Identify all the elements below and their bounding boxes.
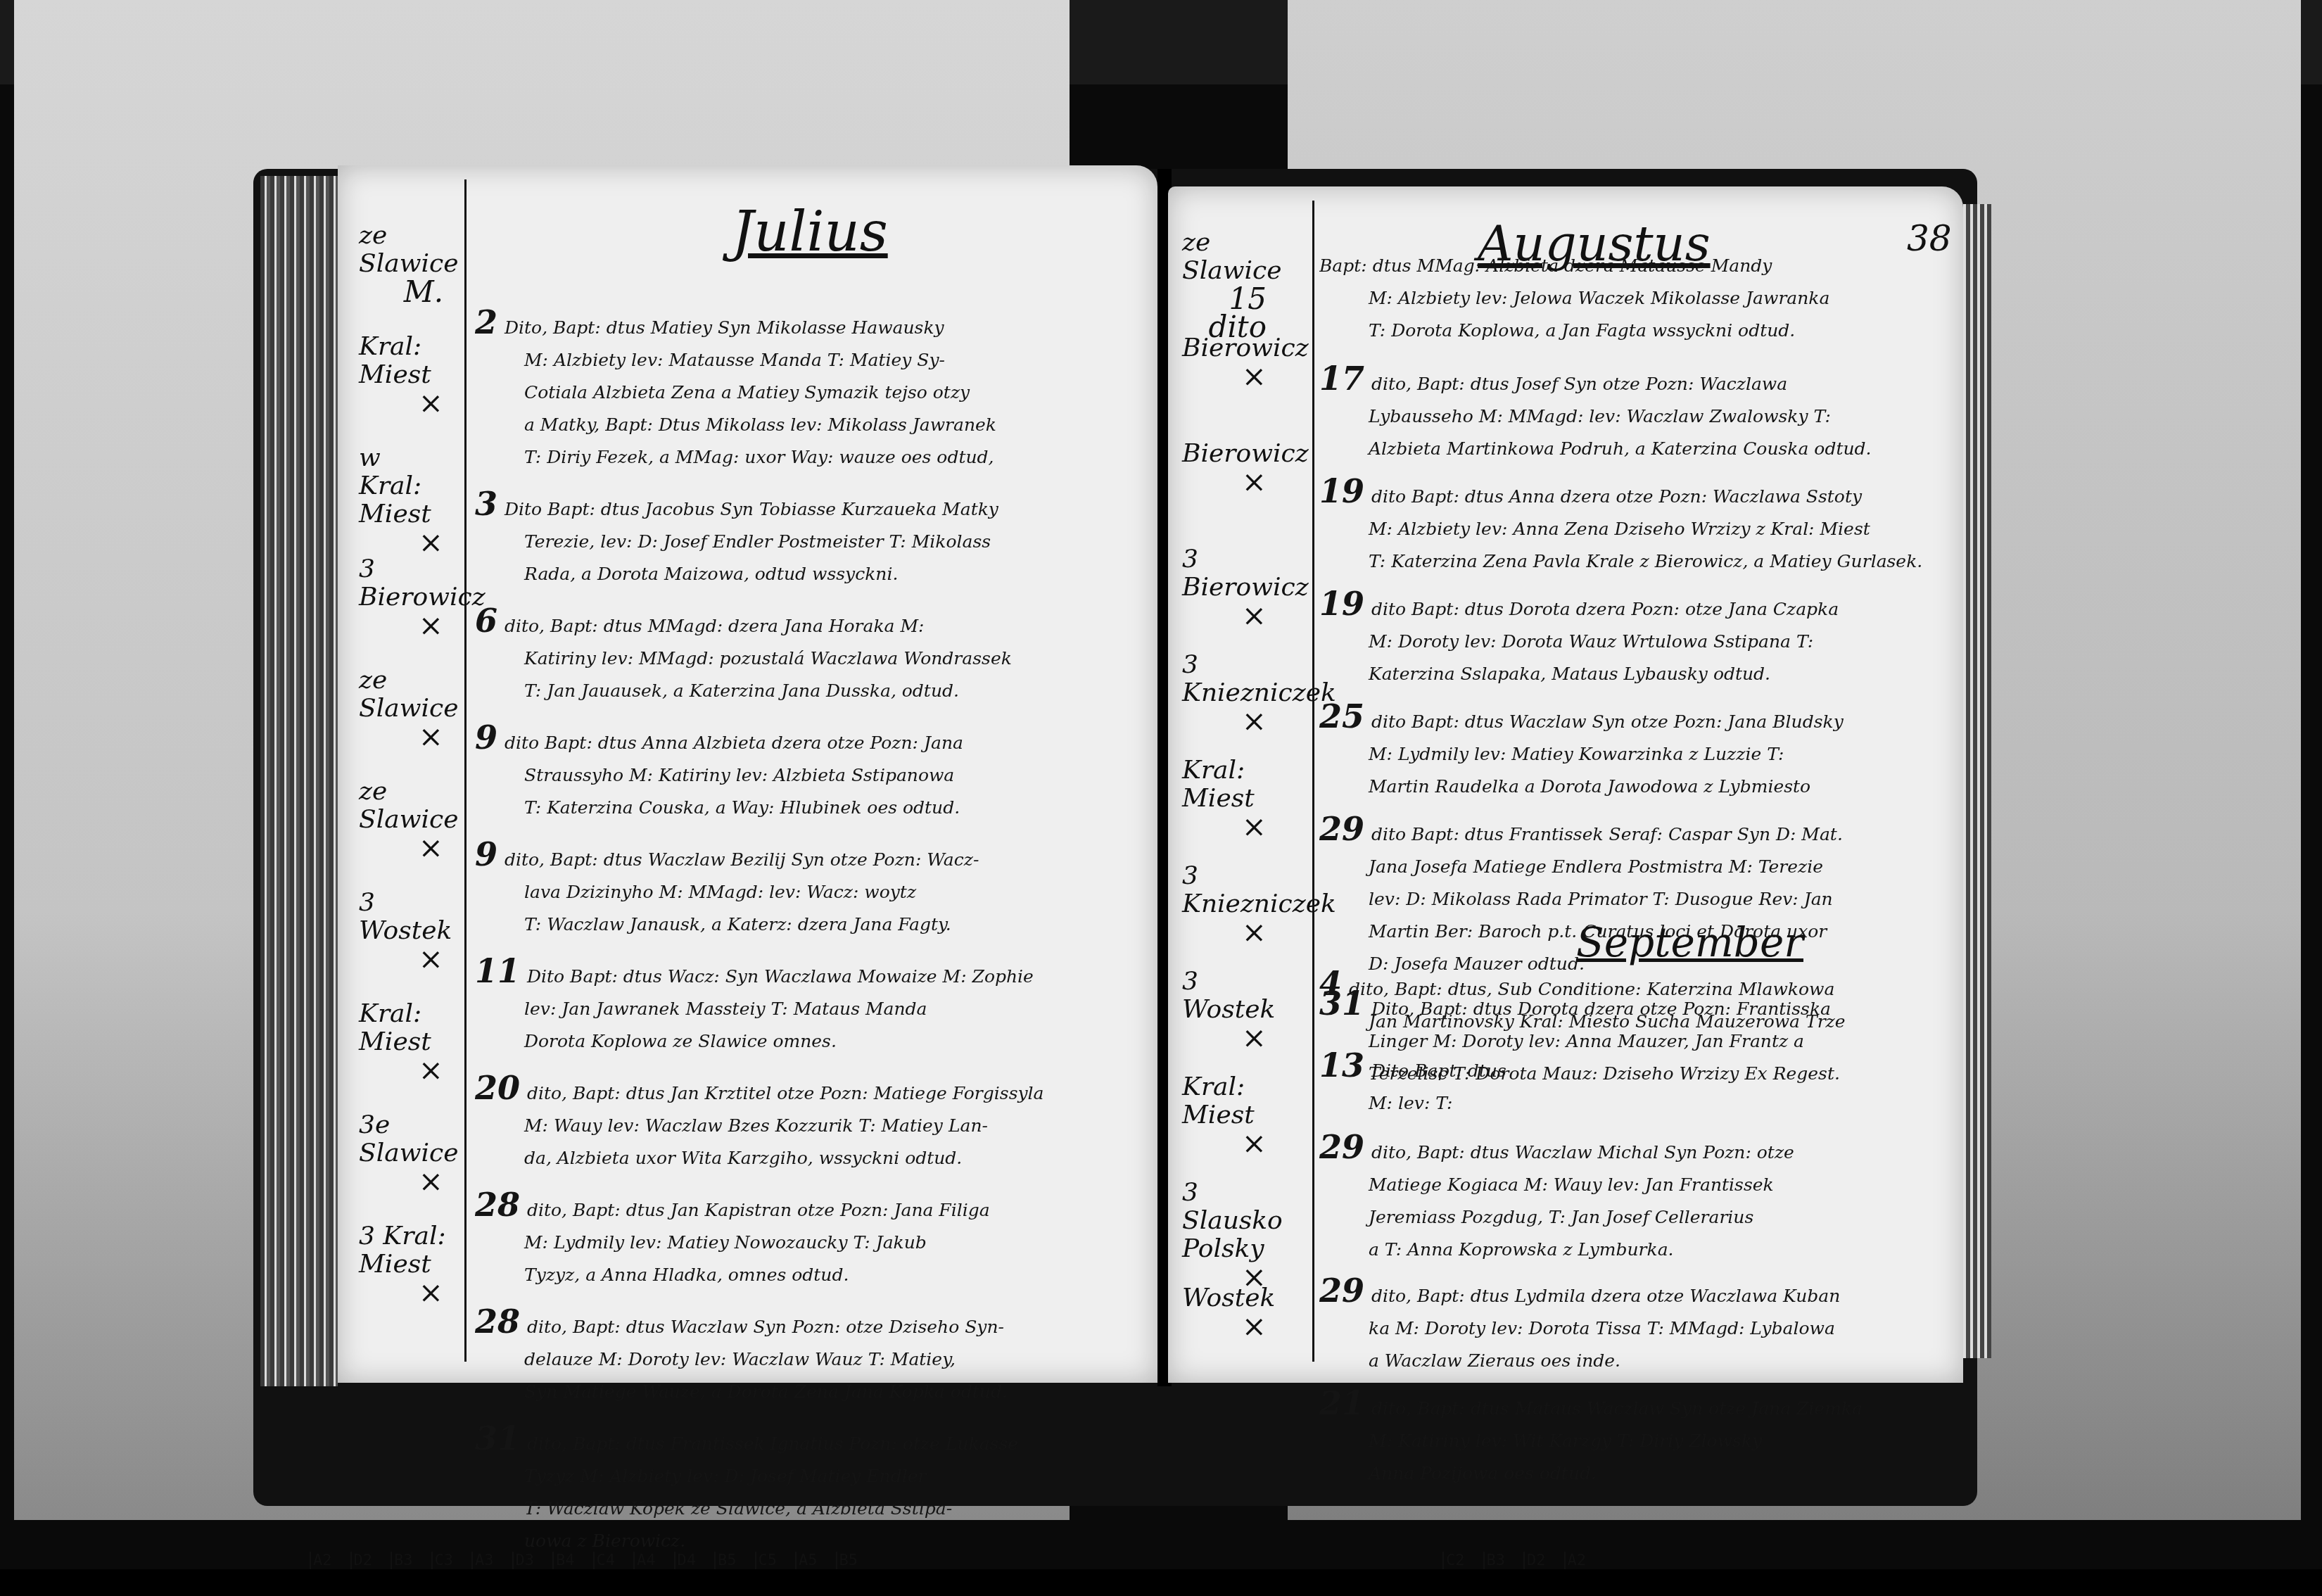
margin-place-label: ze Slawice⨯	[359, 666, 450, 751]
right-page: Augustus 38 September ze Slawice15 ditoB…	[1168, 186, 1963, 1383]
margin-mark-icon: ⨯	[1182, 813, 1274, 841]
entry-day: 4	[1319, 968, 1342, 1003]
margin-mark-icon: ⨯	[359, 1279, 450, 1307]
entry-line: da, Alzbieta uxor Wita Karzgiho, wssyckn…	[475, 1142, 1143, 1174]
margin-place-label: 3 Kniezniczek⨯	[1182, 651, 1274, 735]
register-entry: 9dito Bapt: dtus Anna Alzbieta dzera otz…	[475, 721, 1143, 824]
margin-rule	[464, 179, 467, 1362]
entry-day: 2	[475, 306, 497, 341]
entry-line: 6dito, Bapt: dtus MMagd: dzera Jana Hora…	[475, 604, 1143, 642]
entry-line: T: Diriy Fezek, a MMag: uxor Way: wauze …	[475, 441, 1143, 474]
margin-mark-icon: ⨯	[1182, 602, 1274, 630]
register-entry: 20dito, Bapt: dtus Jan Krztitel otze Poz…	[475, 1072, 1143, 1174]
place-name: w Kral: Miest	[359, 443, 431, 528]
entry-line: Syn Matiege Wauze, a Dorota Zena Jana Ko…	[475, 1376, 1143, 1408]
entry-line: Rada, a Dorota Maizowa, odtud wssyckni.	[475, 558, 1143, 590]
ruler-mark: C5	[755, 1552, 778, 1569]
entry-line: 9dito, Bapt: dtus Waczlaw Bezilij Syn ot…	[475, 838, 1143, 876]
entry-line: Jan Martinovsky Kral: Miesto Sucha Mauze…	[1319, 1006, 1953, 1038]
ruler-mark: B3	[391, 1552, 413, 1569]
margin-mark-icon: 15 dito	[1182, 285, 1274, 341]
place-name: Kral: Miest	[1182, 1072, 1255, 1129]
entry-line: 9dito Bapt: dtus Anna Alzbieta dzera otz…	[475, 721, 1143, 759]
entry-line: T: Katerzina Zena Pavla Krale z Bierowic…	[1319, 545, 1953, 578]
entry-line: 31dito, Bapt: dtus Frantissek Ignatius P…	[475, 1422, 1143, 1460]
entry-day: 19	[1319, 475, 1364, 510]
place-name: ze Slawice	[359, 777, 458, 834]
film-ruler-right: C2B3D2A2	[1442, 1541, 1586, 1569]
register-entry: 29dito, Bapt: dtus Waczlaw Michal Syn Po…	[1319, 1131, 1953, 1266]
entry-line: M: Alzbiety lev: Anna Zena Dziseho Wrziz…	[1319, 513, 1953, 545]
page-edges-left	[260, 176, 338, 1386]
margin-place-label: 3 Kniezniczek⨯	[1182, 862, 1274, 946]
margin-place-label: Kral: Miest⨯	[1182, 756, 1274, 841]
entry-line: Straussyho M: Katiriny lev: Alzbieta Sst…	[475, 759, 1143, 792]
margin-place-label: 3 Bierowicz⨯	[1182, 545, 1274, 630]
place-name: Bierowicz	[1182, 334, 1309, 362]
entry-line: lev: D: Mikolass Rada Primator T: Dusogu…	[1319, 883, 1953, 916]
margin-mark-icon: ⨯	[359, 945, 450, 973]
register-entry: 17dito, Bapt: dtus Josef Syn otze Pozn: …	[1319, 362, 1953, 465]
margin-mark-icon: ⨯	[1182, 707, 1274, 735]
ruler-mark: B3	[1483, 1552, 1506, 1569]
place-name: Kral: Miest	[359, 332, 431, 389]
entry-line: Lybausseho M: MMagd: lev: Waczlaw Zwalow…	[1319, 400, 1953, 433]
ruler-mark: D2	[1523, 1552, 1546, 1569]
entry-line: Jana Josefa Matiege Endlera Postmistra M…	[1319, 851, 1953, 883]
entry-line: M: Alzbiety lev: Jelowa Waczek Mikolasse…	[1319, 282, 1953, 315]
register-entry: 21dito, Bapt: dtus Mataus Waczlaw Syn ot…	[1319, 1387, 1953, 1490]
entry-day: 13	[1319, 1049, 1364, 1084]
margin-place-label: w Kral: Miest⨯	[359, 444, 450, 557]
entry-line: T: Katerzina Couska, a Way: Hlubinek oes…	[475, 792, 1143, 824]
register-entry: Bapt: dtus MMag: Alzbieta dzera Matausse…	[1319, 250, 1953, 347]
register-entry: 2Dito, Bapt: dtus Matiey Syn Mikolasse H…	[475, 306, 1143, 474]
entry-day: 28	[475, 1189, 520, 1224]
entry-line: lava Dzizinyho M: MMagd: lev: Wacz: woyt…	[475, 876, 1143, 908]
margin-place-label: ze Slawice15 dito	[1182, 229, 1274, 341]
place-name: Kral: Miest	[359, 999, 431, 1056]
entry-line: M: Lydmily lev: Matiey Nowozaucky T: Jak…	[475, 1227, 1143, 1259]
entry-line: Dorota Koplowa ze Slawice omnes.	[475, 1025, 1143, 1058]
register-entry: 19dito Bapt: dtus Anna dzera otze Pozn: …	[1319, 475, 1953, 578]
register-entry: 29dito Bapt: dtus Frantissek Seraf: Casp…	[1319, 813, 1953, 980]
entry-line: 28dito, Bapt: dtus Waczlaw Syn Pozn: otz…	[475, 1305, 1143, 1343]
entry-line: 29dito, Bapt: dtus Lydmila dzera otze Wa…	[1319, 1274, 1953, 1312]
entry-line: Martin Raudelka a Dorota Jawodowa z Lybm…	[1319, 771, 1953, 803]
entry-line: M: Lydmily lev: Matiey Kowarzinka z Luzz…	[1319, 738, 1953, 771]
margin-place-label: 3 Bierowicz⨯	[359, 555, 450, 640]
place-name: Kral: Miest	[1182, 756, 1255, 813]
entry-line: T: Dorota Koplowa, a Jan Fagta wssyckni …	[1319, 315, 1953, 347]
ruler-mark: A2	[1564, 1552, 1587, 1569]
margin-mark-icon: ⨯	[1182, 918, 1274, 946]
register-entry: 13Dito Bapt: dtusM: lev: T:	[1319, 1049, 1953, 1120]
place-name: ze Slawice	[1182, 228, 1281, 285]
entry-line: delauze M: Doroty lev: Waczlaw Wauz T: M…	[475, 1343, 1143, 1376]
entry-day: 9	[475, 838, 497, 873]
ruler-mark: D2	[350, 1552, 373, 1569]
entry-line: 19dito Bapt: dtus Anna dzera otze Pozn: …	[1319, 475, 1953, 513]
register-entry: 4dito, Bapt: dtus, Sub Conditione: Kater…	[1319, 968, 1953, 1038]
entry-line: 29dito, Bapt: dtus Waczlaw Michal Syn Po…	[1319, 1131, 1953, 1169]
place-name: ze Slawice	[359, 221, 458, 278]
entry-line: 2Dito, Bapt: dtus Matiey Syn Mikolasse H…	[475, 306, 1143, 344]
margin-place-label: 3 Wostek⨯	[1182, 968, 1274, 1052]
place-name: 3 Wostek	[1182, 967, 1275, 1024]
margin-mark-icon: ⨯	[359, 834, 450, 862]
ruler-mark: C2	[1442, 1552, 1465, 1569]
margin-mark-icon: M.	[359, 278, 450, 306]
margin-mark-icon: ⨯	[1182, 1312, 1274, 1341]
entry-day: 29	[1319, 1131, 1364, 1166]
entry-line: M: Wauy lev: Waczlaw Bzes Kozzurik T: Ma…	[475, 1110, 1143, 1142]
register-entry: 9dito, Bapt: dtus Waczlaw Bezilij Syn ot…	[475, 838, 1143, 941]
margin-mark-icon: ⨯	[1182, 468, 1274, 496]
ruler-mark: A5	[795, 1552, 818, 1569]
month-heading: Julius	[732, 201, 888, 264]
entry-day: 20	[475, 1072, 520, 1107]
entry-line: Anna Pozijowa oes odtud.	[1319, 1457, 1953, 1490]
margin-place-label: Bierowicz⨯	[1182, 440, 1274, 496]
place-name: 3 Kral: Miest	[359, 1222, 446, 1279]
margin-mark-icon: ⨯	[359, 612, 450, 640]
entry-day: 29	[1319, 813, 1364, 848]
register-entry: 3Dito Bapt: dtus Jacobus Syn Tobiasse Ku…	[475, 488, 1143, 590]
place-name: ze Slawice	[359, 666, 458, 723]
entry-line: 11Dito Bapt: dtus Wacz: Syn Waczlawa Mow…	[475, 955, 1143, 993]
margin-mark-icon: ⨯	[359, 723, 450, 751]
ruler-mark: D3	[512, 1552, 535, 1569]
entry-day: 17	[1319, 362, 1364, 398]
entry-day: 6	[475, 604, 497, 640]
entry-line: Jeremiass Pozgdug, T: Jan Josef Cellerar…	[1319, 1201, 1953, 1234]
entry-day: 29	[1319, 1274, 1364, 1310]
ruler-mark: C4	[593, 1552, 616, 1569]
entry-day: 11	[475, 955, 520, 990]
entry-line: a Matky, Bapt: Dtus Mikolass lev: Mikola…	[475, 409, 1143, 441]
margin-place-label: 3 Kral: Miest⨯	[359, 1222, 450, 1307]
entry-day: 25	[1319, 700, 1364, 735]
register-entry: 6dito, Bapt: dtus MMagd: dzera Jana Hora…	[475, 604, 1143, 707]
place-name: Wostek	[1182, 1284, 1275, 1312]
ruler-mark: B5	[836, 1552, 858, 1569]
entry-line: 19dito Bapt: dtus Dorota dzera Pozn: otz…	[1319, 588, 1953, 626]
entry-line: M: lev: T:	[1319, 1087, 1953, 1120]
entry-line: Tyzyz M: Alzbiety lev: D: Josef Matiey E…	[475, 1460, 1143, 1493]
entry-line: T: Waczlaw Janausk, a Katerz: dzera Jana…	[475, 908, 1143, 941]
margin-place-label: Kral: Miest⨯	[359, 1000, 450, 1084]
ruler-mark: A3	[471, 1552, 494, 1569]
margin-place-label: Wostek⨯	[1182, 1284, 1274, 1341]
margin-mark-icon: ⨯	[359, 1167, 450, 1196]
entry-line: Alzbieta Martinkowa Podruh, a Katerzina …	[1319, 433, 1953, 465]
entry-line: 28dito, Bapt: dtus Jan Kapistran otze Po…	[475, 1189, 1143, 1227]
entry-line: 29dito Bapt: dtus Frantissek Seraf: Casp…	[1319, 813, 1953, 851]
entry-line: Matiege Kogiaca M: Wauy lev: Jan Frantis…	[1319, 1169, 1953, 1201]
entry-day: 19	[1319, 588, 1364, 623]
margin-place-label: Kral: Miest⨯	[359, 333, 450, 417]
left-page: Julius ze SlawiceM.Kral: Miest⨯w Kral: M…	[338, 165, 1157, 1383]
entry-line: 21dito, Bapt: dtus Mataus Waczlaw Syn ot…	[1319, 1387, 1953, 1425]
place-name: Bierowicz	[1182, 439, 1309, 468]
margin-place-label: 3e Slawice⨯	[359, 1111, 450, 1196]
margin-rule	[1312, 201, 1314, 1362]
entry-line: lev: Jan Jawranek Massteiy T: Mataus Man…	[475, 993, 1143, 1025]
entry-line: 4dito, Bapt: dtus, Sub Conditione: Kater…	[1319, 968, 1953, 1006]
entry-line: M: Alzbiety lev: Matausse Manda T: Matie…	[475, 344, 1143, 376]
margin-mark-icon: ⨯	[359, 389, 450, 417]
place-name: 3e Slawice	[359, 1110, 458, 1167]
ruler-mark: C3	[431, 1552, 454, 1569]
entry-line: T: Waczlaw Kopek ze Slawice, a Alzbieta …	[475, 1493, 1143, 1525]
entry-line: Bapt: dtus MMag: Alzbieta dzera Matausse…	[1319, 250, 1953, 282]
register-entry: 11Dito Bapt: dtus Wacz: Syn Waczlawa Mow…	[475, 955, 1143, 1058]
place-name: 3 Wostek	[359, 888, 452, 945]
margin-mark-icon: ⨯	[359, 1056, 450, 1084]
margin-place-label: 3 Slausko Polsky⨯	[1182, 1179, 1274, 1291]
margin-mark-icon: ⨯	[1182, 1129, 1274, 1158]
entry-line: 17dito, Bapt: dtus Josef Syn otze Pozn: …	[1319, 362, 1953, 400]
place-name: 3 Slausko Polsky	[1182, 1178, 1283, 1263]
ruler-mark: B5	[714, 1552, 737, 1569]
film-ruler-left: A2D2B3C3A3D3B4C4A4D4B5C5A5B5	[310, 1541, 858, 1569]
entry-line: M: Katiriny lev: Wit Karzgy T: Diriy Zlo…	[1319, 1425, 1953, 1457]
ruler-mark: A4	[633, 1552, 656, 1569]
entry-line: Tyzyz, a Anna Hladka, omnes odtud.	[475, 1259, 1143, 1291]
place-name: 3 Bierowicz	[1182, 545, 1309, 602]
entry-line: T: Jan Jauausek, a Katerzina Jana Dusska…	[475, 675, 1143, 707]
entry-day: 21	[1319, 1387, 1364, 1422]
margin-mark-icon: ⨯	[359, 528, 450, 557]
entry-line: Katerzina Sslapaka, Mataus Lybausky odtu…	[1319, 658, 1953, 690]
register-entry: 31dito, Bapt: dtus Frantissek Ignatius P…	[475, 1422, 1143, 1557]
entry-day: 3	[475, 488, 497, 523]
entry-day: 31	[475, 1422, 520, 1457]
entry-line: Martin Ber: Baroch p.t. Curatus loci et …	[1319, 916, 1953, 948]
entry-line: 3Dito Bapt: dtus Jacobus Syn Tobiasse Ku…	[475, 488, 1143, 526]
entry-line: 20dito, Bapt: dtus Jan Krztitel otze Poz…	[475, 1072, 1143, 1110]
register-entry: 28dito, Bapt: dtus Waczlaw Syn Pozn: otz…	[475, 1305, 1143, 1408]
margin-mark-icon: ⨯	[1182, 362, 1274, 391]
entry-line: a T: Anna Koprowska z Lymburka.	[1319, 1234, 1953, 1266]
register-entry: 19dito Bapt: dtus Dorota dzera Pozn: otz…	[1319, 588, 1953, 690]
margin-place-label: 3 Wostek⨯	[359, 889, 450, 973]
entry-line: Cotiala Alzbieta Zena a Matiey Symazik t…	[475, 376, 1143, 409]
register-entry: 25dito Bapt: dtus Waczlaw Syn otze Pozn:…	[1319, 700, 1953, 803]
margin-mark-icon: ⨯	[1182, 1024, 1274, 1052]
margin-place-label: Kral: Miest⨯	[1182, 1073, 1274, 1158]
register-entry: 29dito, Bapt: dtus Lydmila dzera otze Wa…	[1319, 1274, 1953, 1377]
entry-line: 13Dito Bapt: dtus	[1319, 1049, 1953, 1087]
margin-place-label: ze Slawice⨯	[359, 778, 450, 862]
entry-line: 25dito Bapt: dtus Waczlaw Syn otze Pozn:…	[1319, 700, 1953, 738]
entry-line: Katiriny lev: MMagd: pozustalá Waczlawa …	[475, 642, 1143, 675]
entry-line: ka M: Doroty lev: Dorota Tissa T: MMagd:…	[1319, 1312, 1953, 1345]
film-strip-edge	[0, 1569, 2322, 1596]
ruler-mark: D4	[674, 1552, 697, 1569]
entry-line: M: Doroty lev: Dorota Wauz Wrtulowa Ssti…	[1319, 626, 1953, 658]
ruler-mark: B4	[552, 1552, 575, 1569]
entry-line: Terezie, lev: D: Josef Endler Postmeiste…	[475, 526, 1143, 558]
register-entry: 28dito, Bapt: dtus Jan Kapistran otze Po…	[475, 1189, 1143, 1291]
ruler-mark: A2	[310, 1552, 332, 1569]
margin-place-label: Bierowicz⨯	[1182, 334, 1274, 391]
entry-line: a Waczlaw Zieraus oes inde.	[1319, 1345, 1953, 1377]
entry-day: 9	[475, 721, 497, 756]
margin-place-label: ze SlawiceM.	[359, 222, 450, 306]
entry-day: 28	[475, 1305, 520, 1341]
